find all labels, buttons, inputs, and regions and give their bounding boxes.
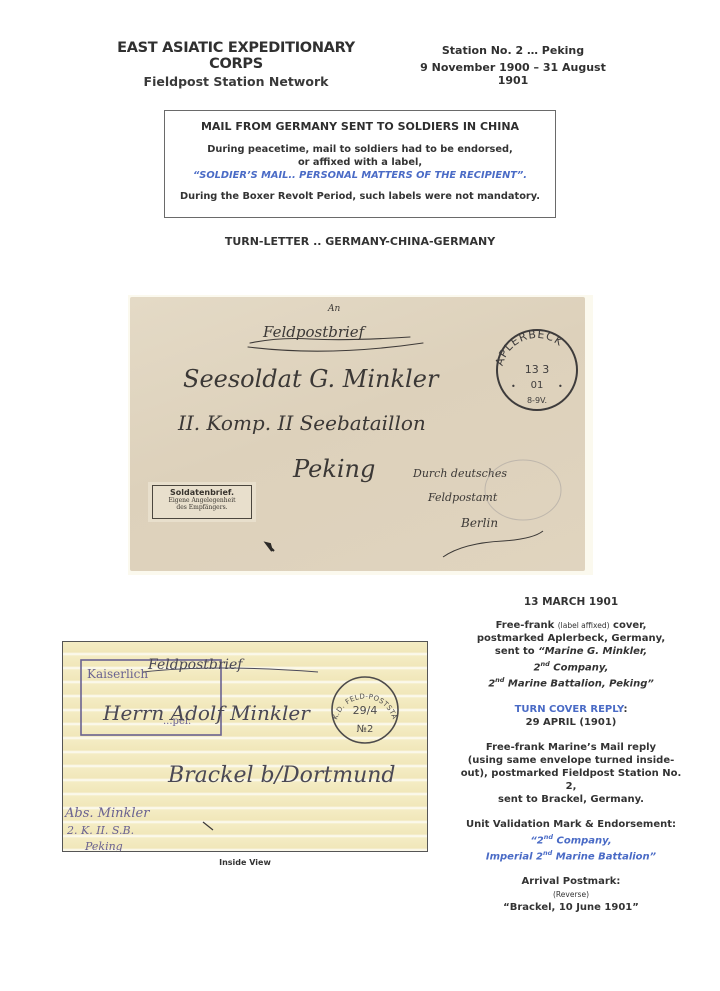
arrival-value: “Brackel, 10 June 1901”	[440, 901, 702, 914]
inside-line2: Brackel b/Dortmund	[167, 763, 396, 788]
para1-post: cover,	[610, 620, 647, 631]
svg-text:•: •	[511, 382, 516, 391]
unit-line1-pre: “2	[530, 835, 543, 846]
postmark-time: 8-9V.	[527, 396, 547, 405]
inside-line1: Herrn Adolf Minkler	[102, 701, 311, 725]
inside-sender-2: 2. K. II. S.B.	[66, 824, 134, 837]
para2-line3: out), postmarked Fieldpost Station No.	[440, 767, 702, 780]
inside-view-caption: Inside View	[180, 858, 310, 867]
arrival-heading: Arrival Postmark:	[440, 875, 702, 888]
hw-line2: II. Komp. II Seebataillon	[177, 411, 426, 435]
hw-line1: Seesoldat G. Minkler	[183, 365, 440, 393]
unit-line1-sup: nd	[544, 833, 553, 841]
arrival-block: Arrival Postmark: (Reverse) “Brackel, 10…	[440, 875, 702, 914]
postmark-date: 13 3	[525, 363, 550, 376]
label-line-1: Soldatenbrief.	[153, 488, 251, 497]
boxed-stamp-line1: Kaiserlich	[87, 667, 148, 681]
arrival-note: (Reverse)	[440, 888, 702, 901]
para2-line4: 2,	[440, 780, 702, 793]
inside-sender-1: Abs. Minkler	[64, 806, 150, 821]
hw-line3: Peking	[292, 455, 375, 483]
turn-cover-label: TURN COVER REPLY	[515, 704, 624, 715]
info-box-footer: During the Boxer Revolt Period, such lab…	[165, 191, 555, 202]
aplerbeck-postmark: APLERBECK 13 3 01 8-9V. • •	[493, 328, 577, 410]
para1-line4-num: 2	[534, 662, 541, 673]
para1-line4-sup: nd	[541, 660, 550, 668]
description-para-2: Free-frank Marine’s Mail reply (using sa…	[440, 741, 702, 806]
unit-line2-post: Marine Battalion”	[552, 851, 656, 862]
soldatenbrief-label: Soldatenbrief. Eigene Angelegenheit des …	[148, 482, 256, 522]
svg-text:•: •	[558, 382, 563, 391]
turn-cover-colon: :	[623, 704, 627, 715]
inside-cover-handwriting: Kaiserlich ...pel. Feldpostbrief Herrn A…	[63, 642, 428, 852]
para1-pre: Free-frank	[496, 620, 558, 631]
unit-line2-sup: nd	[543, 849, 552, 857]
front-cover-image: An Feldpostbrief Seesoldat G. Minkler II…	[128, 295, 593, 575]
info-line-2: or affixed with a label,	[165, 156, 555, 169]
postmark-year: 01	[531, 380, 544, 391]
para1-small: (label affixed)	[558, 621, 610, 630]
hw-routing-3: Berlin	[460, 516, 498, 530]
para1-line2: postmarked Aplerbeck, Germany,	[440, 632, 702, 645]
info-box-body: During peacetime, mail to soldiers had t…	[165, 143, 555, 182]
para2-line2: (using same envelope turned inside-	[440, 754, 702, 767]
para2-line5: sent to Brackel, Germany.	[440, 793, 702, 806]
inside-cover-image: Kaiserlich ...pel. Feldpostbrief Herrn A…	[62, 641, 428, 852]
info-line-1: During peacetime, mail to soldiers had t…	[165, 143, 555, 156]
page-title: EAST ASIATIC EXPEDITIONARY CORPS	[96, 40, 376, 72]
section-title: TURN-LETTER .. GERMANY-CHINA-GERMANY	[200, 235, 520, 248]
para1-line3-ital: “Marine G. Minkler,	[538, 646, 647, 657]
hw-endorsement: Feldpostbrief	[262, 323, 367, 341]
cover-date: 13 MARCH 1901	[440, 596, 702, 608]
para1-line3-pre: sent to	[495, 646, 538, 657]
info-quote: “SOLDIER’S MAIL.. PERSONAL MATTERS OF TH…	[165, 169, 555, 182]
page-subtitle: Fieldpost Station Network	[96, 74, 376, 89]
unit-validation-block: Unit Validation Mark & Endorsement: “2nd…	[440, 818, 702, 864]
hw-routing-2: Feldpostamt	[427, 491, 498, 504]
header-right: Station No. 2 … Peking 9 November 1900 –…	[408, 44, 618, 87]
label-line-2: Eigene Angelegenheit	[153, 497, 251, 504]
period-label: 9 November 1900 – 31 August 1901	[408, 61, 618, 87]
reply-date: 29 APRIL (1901)	[440, 716, 702, 729]
hw-routing-1: Durch deutsches	[412, 467, 507, 480]
hw-an: An	[327, 304, 340, 314]
station-label: Station No. 2 … Peking	[408, 44, 618, 57]
para1-line4: Company,	[550, 662, 609, 673]
header-left: EAST ASIATIC EXPEDITIONARY CORPS Fieldpo…	[96, 40, 376, 89]
unit-heading: Unit Validation Mark & Endorsement:	[440, 818, 702, 831]
fieldpost-postmark-number: №2	[357, 724, 374, 735]
para1-line5: Marine Battalion, Peking”	[504, 679, 653, 690]
unit-line2-pre: Imperial 2	[486, 851, 543, 862]
inside-endorsement: Feldpostbrief	[147, 657, 245, 673]
description-panel: 13 MARCH 1901 Free-frank (label affixed)…	[440, 596, 702, 914]
front-cover-handwriting: An Feldpostbrief Seesoldat G. Minkler II…	[128, 295, 593, 575]
info-box: MAIL FROM GERMANY SENT TO SOLDIERS IN CH…	[164, 110, 556, 218]
para2-line1: Free-frank Marine’s Mail reply	[440, 741, 702, 754]
description-para-1: Free-frank (label affixed) cover, postma…	[440, 619, 702, 691]
inside-sender-3: Peking	[84, 840, 123, 852]
info-box-title: MAIL FROM GERMANY SENT TO SOLDIERS IN CH…	[165, 120, 555, 133]
label-line-3: des Empfängers.	[153, 504, 251, 511]
unit-line1-post: Company,	[553, 835, 612, 846]
turn-cover-block: TURN COVER REPLY: 29 APRIL (1901)	[440, 703, 702, 729]
fieldpost-postmark-date: 29/4	[353, 704, 378, 717]
